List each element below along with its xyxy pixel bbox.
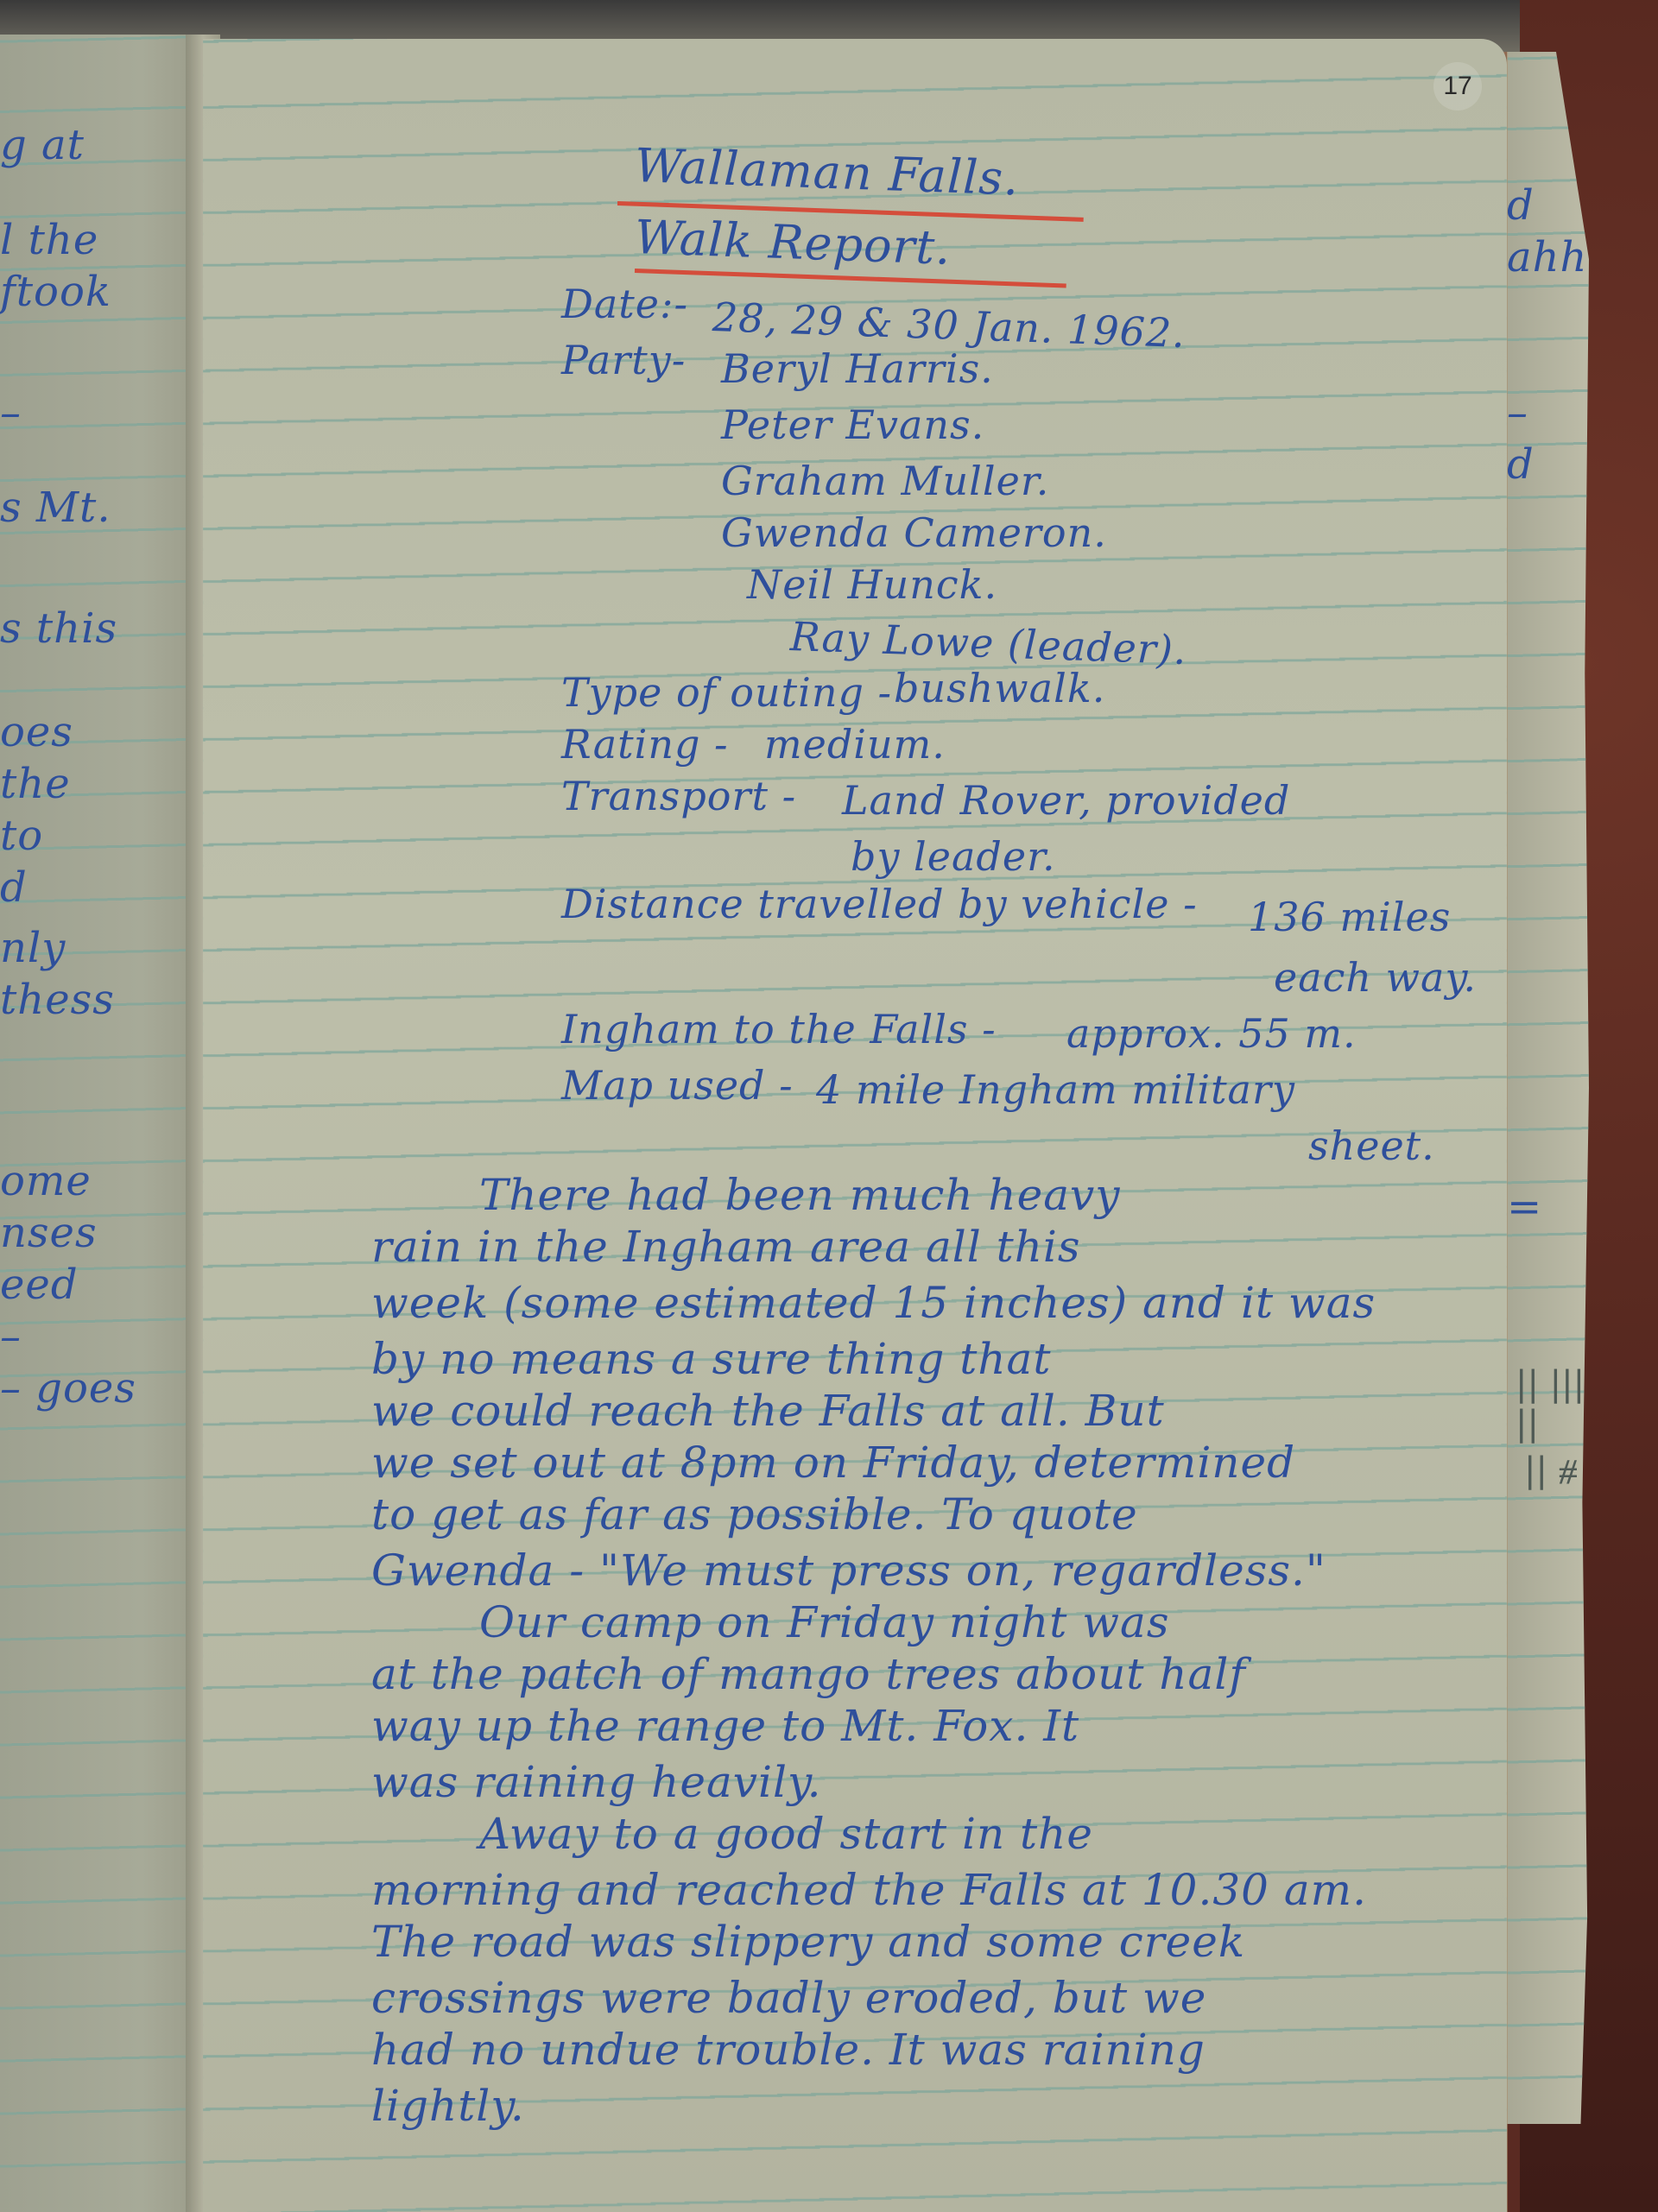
left-fragment: thess [0,976,115,1024]
edge-fragment: d [1507,181,1535,230]
map-value-2: sheet. [1308,1122,1435,1169]
left-fragment: – [0,389,22,437]
left-fragment: s Mt. [0,483,111,532]
rating-value: medium. [764,721,946,768]
ruled-lines [1507,52,1589,2124]
party-member: Graham Muller. [721,458,1049,504]
pencil-tally-marks: || ||| || [1516,1364,1589,1444]
party-member: Peter Evans. [721,401,984,448]
edge-fragment: – [1507,389,1528,437]
under-page-edge: d ahh – d = || ||| || || ⧣ [1507,52,1589,2124]
left-fragment: ome [0,1157,92,1205]
body-line: week (some estimated 15 inches) and it w… [371,1278,1376,1328]
body-line: There had been much heavy [479,1170,1121,1220]
body-line: by no means a sure thing that [371,1334,1051,1384]
left-fragment: ftook [0,268,111,316]
edge-fragment: d [1507,440,1535,489]
body-line: crossings were badly eroded, but we [371,1973,1206,2023]
date-label: Date:- [561,281,688,327]
edge-fragment: = [1507,1183,1542,1231]
left-fragment: eed [0,1261,79,1309]
body-line: The road was slippery and some creek [371,1917,1245,1967]
body-line: we set out at 8pm on Friday, determined [371,1438,1295,1488]
left-fragment: s this [0,604,117,653]
distance-label: Distance travelled by vehicle - [561,881,1198,927]
left-fragment: l the [0,216,98,264]
left-fragment: oes [0,708,73,756]
transport-value-2: by leader. [851,833,1056,880]
body-line: way up the range to Mt. Fox. It [371,1701,1079,1751]
body-line: rain in the Ingham area all this [371,1222,1081,1272]
map-label: Map used - [561,1062,794,1109]
left-fragment: – [0,1312,22,1361]
left-fragment: – goes [0,1364,136,1413]
transport-value: Land Rover, provided [842,777,1290,824]
rating-label: Rating - [561,721,729,768]
transport-label: Transport - [561,773,796,819]
body-line: lightly. [371,2081,525,2131]
distance-value: 136 miles [1248,894,1451,940]
body-line: had no undue trouble. It was raining [371,2025,1206,2075]
left-fragment: to [0,812,43,860]
left-fragment: nses [0,1209,98,1257]
ingham-value: approx. 55 m. [1066,1010,1357,1057]
page-subtitle: Walk Report. [634,210,952,275]
body-line: morning and reached the Falls at 10.30 a… [371,1865,1367,1915]
ingham-label: Ingham to the Falls - [561,1006,997,1052]
body-line: Our camp on Friday night was [479,1597,1170,1647]
body-line: to get as far as possible. To quote [371,1489,1138,1539]
body-line: was raining heavily. [371,1757,822,1807]
notebook-page: Wallaman Falls. Walk Report. Date:- 28, … [203,39,1507,2212]
body-line: Away to a good start in the [479,1809,1093,1859]
party-member: Neil Hunck. [747,561,997,608]
edge-fragment: ahh [1507,233,1587,281]
pencil-tally-marks: || ⧣ [1524,1450,1578,1490]
left-fragment: nly [0,924,66,972]
distance-value-2: each way. [1274,954,1477,1001]
type-label: Type of outing - [561,669,892,716]
body-line: we could reach the Falls at all. But [371,1386,1165,1436]
type-value: bushwalk. [894,665,1105,711]
party-member: Beryl Harris. [721,345,994,392]
left-fragment: the [0,760,71,808]
party-member: Gwenda Cameron. [721,509,1107,556]
party-label: Party- [561,337,686,383]
body-line: at the patch of mango trees about half [371,1649,1246,1699]
ruled-lines [0,35,203,2212]
page-number: 17 [1433,62,1482,111]
map-value: 4 mile Ingham military [816,1066,1295,1113]
left-page: g at l the ftook – s Mt. s this oes the … [0,35,203,2212]
left-fragment: g at [0,121,85,169]
left-fragment: d [0,863,28,912]
body-line: Gwenda - "We must press on, regardless." [371,1545,1326,1596]
